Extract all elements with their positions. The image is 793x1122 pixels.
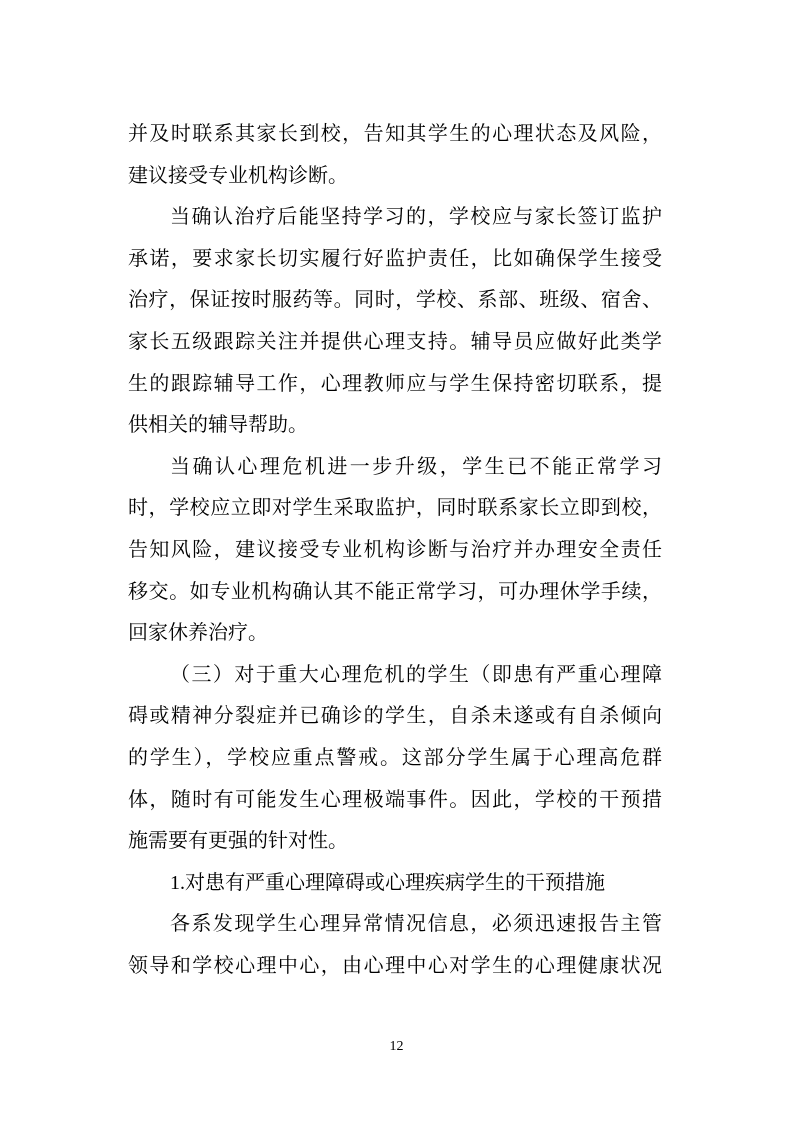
text-line: 告知风险，建议接受专业机构诊断与治疗并办理安全责任 xyxy=(128,530,662,572)
text-line: 供相关的辅导帮助。 xyxy=(128,405,662,447)
text-line: 建议接受专业机构诊断。 xyxy=(128,156,662,198)
text-line: 生的跟踪辅导工作，心理教师应与学生保持密切联系，提 xyxy=(128,364,662,406)
document-body: 并及时联系其家长到校，告知其学生的心理状态及风险，建议接受专业机构诊断。当确认治… xyxy=(128,114,662,987)
text-line: 回家休养治疗。 xyxy=(128,613,662,655)
document-page: 并及时联系其家长到校，告知其学生的心理状态及风险，建议接受专业机构诊断。当确认治… xyxy=(0,0,793,1122)
text-line: 1.对患有严重心理障碍或心理疾病学生的干预措施 xyxy=(128,863,662,905)
text-line: 移交。如专业机构确认其不能正常学习，可办理休学手续， xyxy=(128,572,662,614)
page-number: 12 xyxy=(0,1039,793,1055)
text-line: 施需要有更强的针对性。 xyxy=(128,821,662,863)
text-line: 当确认治疗后能坚持学习的，学校应与家长签订监护 xyxy=(128,197,662,239)
text-line: 承诺，要求家长切实履行好监护责任，比如确保学生接受 xyxy=(128,239,662,281)
text-line: 体，随时有可能发生心理极端事件。因此，学校的干预措 xyxy=(128,780,662,822)
text-line: 的学生），学校应重点警戒。这部分学生属于心理高危群 xyxy=(128,738,662,780)
text-line: 碍或精神分裂症并已确诊的学生，自杀未遂或有自杀倾向 xyxy=(128,696,662,738)
text-line: 家长五级跟踪关注并提供心理支持。辅导员应做好此类学 xyxy=(128,322,662,364)
text-line: 各系发现学生心理异常情况信息，必须迅速报告主管 xyxy=(128,904,662,946)
text-line: 领导和学校心理中心，由心理中心对学生的心理健康状况 xyxy=(128,946,662,988)
text-line: 当确认心理危机进一步升级，学生已不能正常学习 xyxy=(128,447,662,489)
text-line: 时，学校应立即对学生采取监护，同时联系家长立即到校， xyxy=(128,488,662,530)
text-line: 治疗，保证按时服药等。同时，学校、系部、班级、宿舍、 xyxy=(128,280,662,322)
text-line: 并及时联系其家长到校，告知其学生的心理状态及风险， xyxy=(128,114,662,156)
text-line: （三）对于重大心理危机的学生（即患有严重心理障 xyxy=(128,655,662,697)
